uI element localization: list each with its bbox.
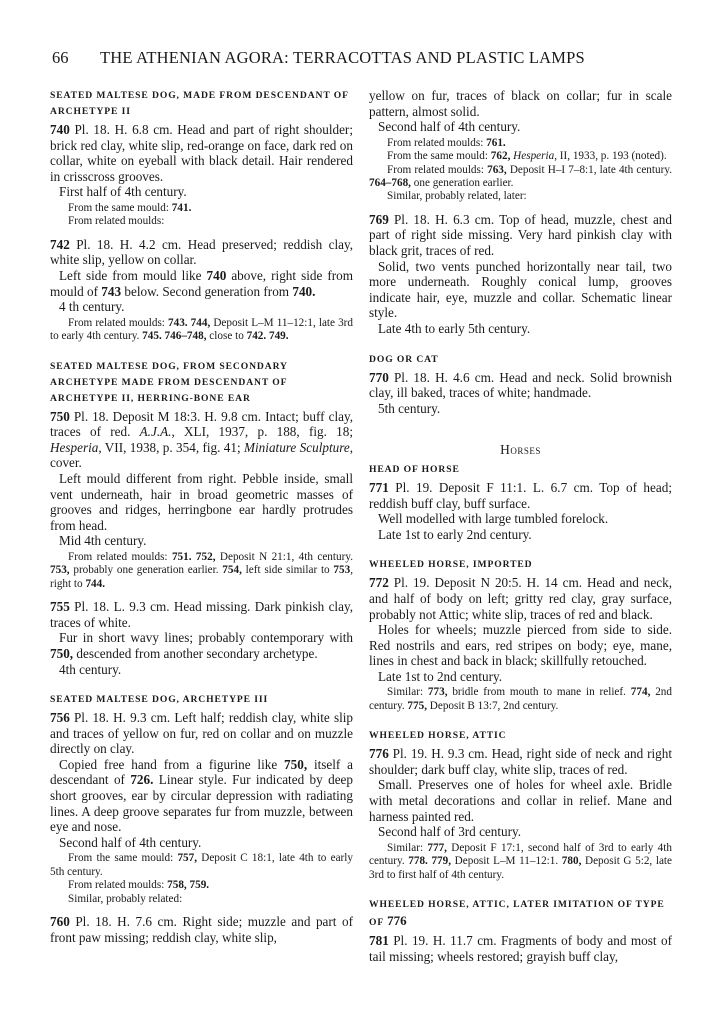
mould-note: From related moulds: 743. 744, Deposit L… (50, 317, 353, 344)
entry-date: Mid 4th century. (50, 533, 353, 549)
catalogue-entry-781: 781 Pl. 19. H. 11.7 cm. Fragments of bod… (369, 933, 672, 964)
entry-description: Pl. 18. H. 6.8 cm. Head and part of righ… (50, 122, 353, 184)
page-number: 66 (52, 48, 69, 68)
similar-note: Similar: 777, Deposit F 17:1, second hal… (369, 842, 672, 882)
entry-date: Late 1st to 2nd century. (369, 669, 672, 685)
rubric: SEATED MALTESE DOG, MADE FROM DESCENDANT… (50, 88, 353, 120)
catalogue-entry-771: 771 Pl. 19. Deposit F 11:1. L. 6.7 cm. T… (369, 480, 672, 542)
entry-commentary: Small. Preserves one of holes for wheel … (369, 777, 672, 824)
entry-number: 776 (369, 746, 389, 761)
catalogue-entry-770: 770 Pl. 18. H. 4.6 cm. Head and neck. So… (369, 370, 672, 417)
catalogue-entry-776: 776 Pl. 19. H. 9.3 cm. Head, right side … (369, 746, 672, 882)
entry-number: 772 (369, 575, 389, 590)
entry-number: 771 (369, 480, 389, 495)
mould-note: From related moulds: 758, 759. (50, 879, 353, 892)
mould-note: From related moulds: 761. (369, 137, 672, 150)
entry-number: 750 (50, 409, 70, 424)
entry-date: Second half of 4th century. (369, 119, 672, 135)
entry-commentary: Solid, two vents punched horizontally ne… (369, 259, 672, 321)
entry-number: 769 (369, 212, 389, 227)
entry-description: yellow on fur, traces of black on collar… (369, 88, 672, 119)
entry-commentary: Well modelled with large tumbled foreloc… (369, 511, 672, 527)
entry-number: 760 (50, 914, 70, 929)
entry-date: Second half of 4th century. (50, 835, 353, 851)
similar-note: Similar: 773, bridle from mouth to mane … (369, 686, 672, 713)
entry-date: Late 4th to early 5th century. (369, 321, 672, 337)
catalogue-entry-750: 750 Pl. 18. Deposit M 18:3. H. 9.8 cm. I… (50, 409, 353, 592)
rubric: SEATED MALTESE DOG, FROM SECONDARY ARCHE… (50, 359, 353, 407)
catalogue-entry-755: 755 Pl. 18. L. 9.3 cm. Head missing. Dar… (50, 599, 353, 677)
entry-commentary: Fur in short wavy lines; probably contem… (50, 630, 353, 661)
rubric: WHEELED HORSE, ATTIC, LATER IMITATION OF… (369, 897, 672, 931)
entry-number: 781 (369, 933, 389, 948)
right-column: yellow on fur, traces of black on collar… (369, 88, 672, 964)
entry-date: First half of 4th century. (50, 184, 353, 200)
rubric: HEAD OF HORSE (369, 462, 672, 478)
rubric: WHEELED HORSE, IMPORTED (369, 557, 672, 573)
mould-note: From the same mould: 757, Deposit C 18:1… (50, 852, 353, 879)
entry-number: 740 (50, 122, 70, 137)
mould-note: Similar, probably related, later: (369, 190, 672, 203)
left-column: SEATED MALTESE DOG, MADE FROM DESCENDANT… (50, 88, 353, 945)
rubric: DOG OR CAT (369, 352, 672, 368)
mould-note: From the same mould: 741. (50, 202, 353, 215)
entry-number: 770 (369, 370, 389, 385)
mould-note: From related moulds: 763, Deposit H–I 7–… (369, 164, 672, 191)
entry-number: 756 (50, 710, 70, 725)
catalogue-entry-772: 772 Pl. 19. Deposit N 20:5. H. 14 cm. He… (369, 575, 672, 713)
entry-date: Second half of 3rd century. (369, 824, 672, 840)
entry-commentary: Left mould different from right. Pebble … (50, 471, 353, 533)
section-title: Horses (369, 442, 672, 458)
rubric: SEATED MALTESE DOG, ARCHETYPE III (50, 692, 353, 708)
mould-note: From the same mould: 762, Hesperia, II, … (369, 150, 672, 163)
page-header: 66 THE ATHENIAN AGORA: TERRACOTTAS AND P… (52, 48, 672, 70)
rubric: WHEELED HORSE, ATTIC (369, 728, 672, 744)
entry-description: Pl. 18. H. 4.2 cm. Head preserved; reddi… (50, 237, 353, 268)
entry-date: 4th century. (50, 662, 353, 678)
catalogue-entry-742: 742 Pl. 18. H. 4.2 cm. Head preserved; r… (50, 237, 353, 344)
mould-note: From related moulds: 751. 752, Deposit N… (50, 551, 353, 591)
entry-number: 742 (50, 237, 70, 252)
entry-commentary: Copied free hand from a figurine like 75… (50, 757, 353, 835)
catalogue-entry-740: 740 Pl. 18. H. 6.8 cm. Head and part of … (50, 122, 353, 229)
running-title: THE ATHENIAN AGORA: TERRACOTTAS AND PLAS… (100, 48, 585, 68)
catalogue-entry-769: 769 Pl. 18. H. 6.3 cm. Top of head, muzz… (369, 212, 672, 337)
catalogue-entry-756: 756 Pl. 18. H. 9.3 cm. Left half; reddis… (50, 710, 353, 906)
entry-commentary: Left side from mould like 740 above, rig… (50, 268, 353, 299)
entry-date: Late 1st to early 2nd century. (369, 527, 672, 543)
entry-date: 5th century. (369, 401, 672, 417)
entry-date: 4 th century. (50, 299, 353, 315)
mould-note: From related moulds: (50, 215, 353, 228)
mould-note: Similar, probably related: (50, 893, 353, 906)
entry-number: 755 (50, 599, 70, 614)
entry-commentary: Holes for wheels; muzzle pierced from si… (369, 622, 672, 669)
catalogue-entry-760: 760 Pl. 18. H. 7.6 cm. Right side; muzzl… (50, 914, 353, 945)
catalogue-entry-760-continued: yellow on fur, traces of black on collar… (369, 88, 672, 204)
